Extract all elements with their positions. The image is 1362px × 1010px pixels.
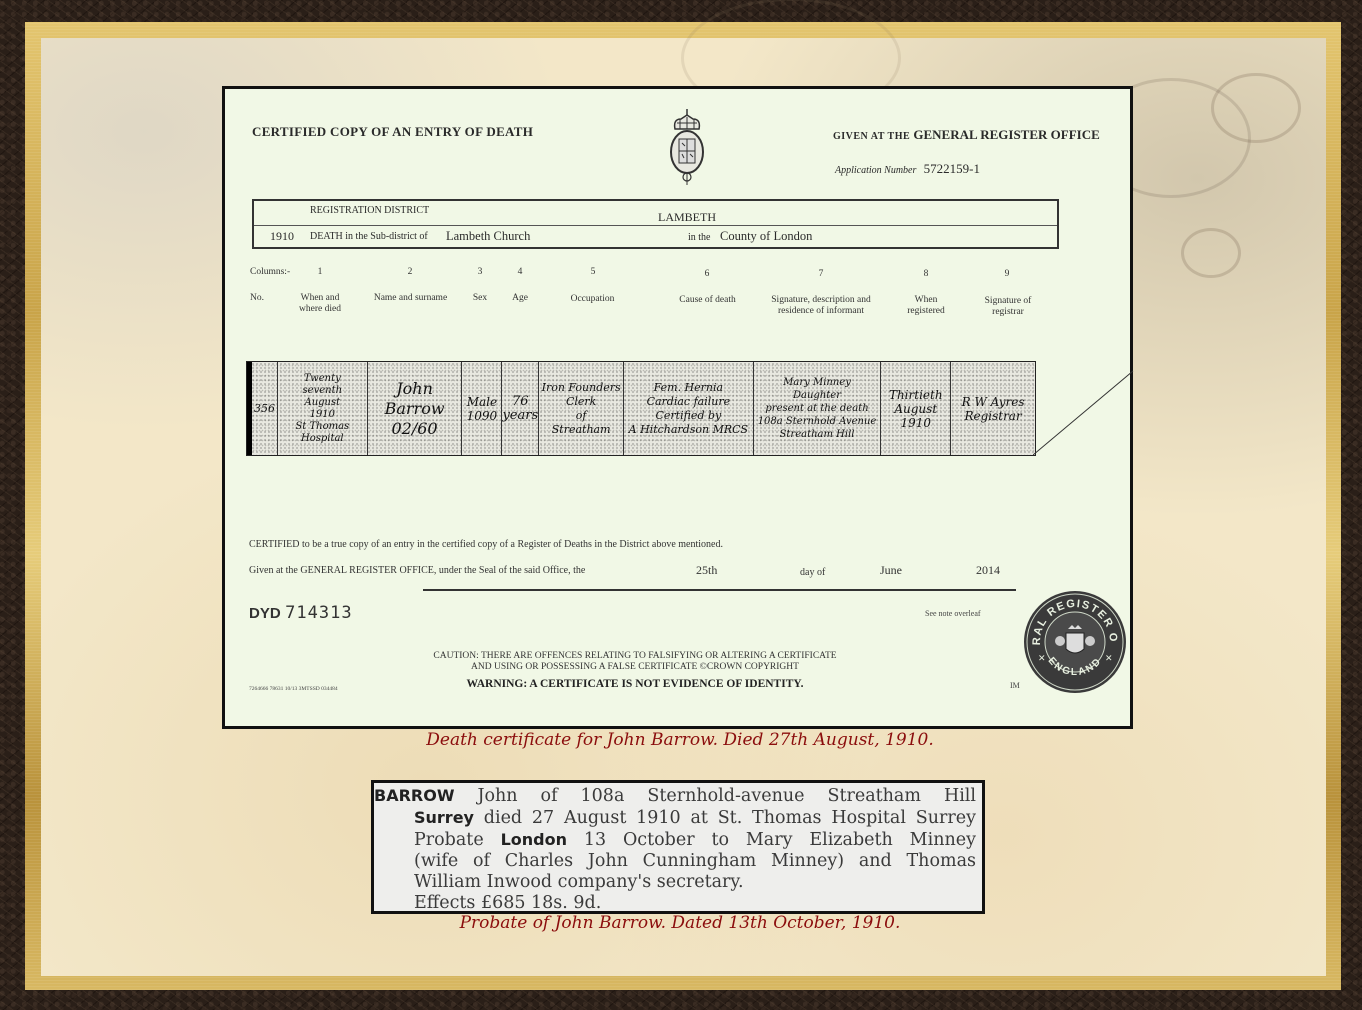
column-heading: When registered xyxy=(901,295,951,317)
divider xyxy=(254,225,1057,226)
column-number: 8 xyxy=(916,269,936,279)
column-number: 4 xyxy=(510,267,530,277)
registration-district-value: LAMBETH xyxy=(658,210,716,225)
column-heading: Age xyxy=(505,293,535,304)
column-heading: Signature of registrar xyxy=(977,296,1039,318)
entry-name: John Barrow 02/60 xyxy=(368,362,463,455)
entry-occupation: Iron Founders Clerk of Streatham xyxy=(539,362,624,455)
probate-line: (wife of Charles John Cunningham Minney)… xyxy=(374,851,976,872)
identity-warning: WARNING: A CERTIFICATE IS NOT EVIDENCE O… xyxy=(405,678,865,690)
column-heading: Cause of death xyxy=(665,295,750,306)
subdistrict-label: DEATH in the Sub-district of xyxy=(310,231,428,242)
entry-cause-of-death: Fem. Hernia Cardiac failure Certified by… xyxy=(624,362,754,455)
column-heading: No. xyxy=(250,293,264,304)
gro-heading: GIVEN AT THE GENERAL REGISTER OFFICE xyxy=(833,127,1100,143)
probate-text: 13 October to Mary Elizabeth Minney xyxy=(584,830,976,850)
probate-county: Surrey xyxy=(414,808,474,827)
column-heading: Signature, description and residence of … xyxy=(760,295,882,317)
death-entry-row: 356 Twenty seventh August 1910 St Thomas… xyxy=(246,361,1036,456)
serial-number: 714313 xyxy=(285,603,352,623)
county-value: County of London xyxy=(720,229,812,244)
column-number: 6 xyxy=(697,269,717,279)
void-diagonal-line xyxy=(1033,369,1143,457)
given-year: 2014 xyxy=(976,563,1000,578)
given-month: June xyxy=(880,563,902,578)
entry-informant: Mary Minney Daughter present at the deat… xyxy=(754,362,882,455)
subdistrict-value: Lambeth Church xyxy=(446,229,530,244)
county-label: in the xyxy=(688,232,711,243)
caution-line: CAUTION: THERE ARE OFFENCES RELATING TO … xyxy=(405,651,865,662)
application-number-value: 5722159-1 xyxy=(924,161,980,176)
application-number: Application Number 5722159-1 xyxy=(835,161,980,177)
column-number: 9 xyxy=(997,269,1017,279)
im-mark: IM xyxy=(1010,681,1020,690)
death-certificate: CERTIFIED COPY OF AN ENTRY OF DEATH GIVE… xyxy=(222,86,1133,729)
probate-line: William Inwood company's secretary. xyxy=(374,872,976,893)
see-note-overleaf: See note overleaf xyxy=(925,609,981,618)
probate-line: Surrey died 27 August 1910 at St. Thomas… xyxy=(374,807,976,829)
day-of-label: day of xyxy=(800,567,825,578)
caution-notice: CAUTION: THERE ARE OFFENCES RELATING TO … xyxy=(405,651,865,673)
decorative-swirl xyxy=(1211,73,1301,143)
probate-line: BARROW John of 108a Sternhold-avenue Str… xyxy=(374,785,976,807)
signature-line xyxy=(423,589,1016,591)
svg-text:✕: ✕ xyxy=(1038,653,1046,663)
svg-text:✕: ✕ xyxy=(1105,653,1113,663)
column-number: 2 xyxy=(400,267,420,277)
column-number: 7 xyxy=(811,269,831,279)
probate-caption: Probate of John Barrow. Dated 13th Octob… xyxy=(430,913,930,933)
caution-line: AND USING OR POSSESSING A FALSE CERTIFIC… xyxy=(405,662,865,673)
column-number: 5 xyxy=(583,267,603,277)
columns-label: Columns:- xyxy=(250,267,290,277)
column-number: 3 xyxy=(470,267,490,277)
probate-text: died 27 August 1910 at St. Thomas Hospit… xyxy=(484,808,976,828)
probate-place: London xyxy=(501,830,567,849)
print-code: 7264666 78631 10/13 3MTSSD 034484 xyxy=(249,686,338,692)
certificate-serial: DYD 714313 xyxy=(249,602,353,623)
certificate-title: CERTIFIED COPY OF AN ENTRY OF DEATH xyxy=(252,124,533,140)
probate-line: Probate London 13 October to Mary Elizab… xyxy=(374,829,976,851)
registration-district-label: REGISTRATION DISTRICT xyxy=(310,205,429,216)
registration-district-box: REGISTRATION DISTRICT LAMBETH 1910 DEATH… xyxy=(252,199,1059,249)
probate-extract: BARROW John of 108a Sternhold-avenue Str… xyxy=(371,780,985,914)
entry-when-registered: Thirtieth August 1910 xyxy=(881,362,951,455)
column-number: 1 xyxy=(310,267,330,277)
given-at-label: GIVEN AT THE xyxy=(833,131,910,142)
column-heading: When and where died xyxy=(285,293,355,315)
entry-when-where-died: Twenty seventh August 1910 St Thomas Hos… xyxy=(278,362,368,455)
probate-effects: Effects £685 18s. 9d. xyxy=(374,893,976,914)
royal-crest-icon xyxy=(667,107,707,185)
probate-surname: BARROW xyxy=(374,786,454,805)
gro-seal-icon: GENERAL REGISTER OFFICE ENGLAND ✕ ✕ xyxy=(1022,589,1128,695)
column-heading: Sex xyxy=(465,293,495,304)
entry-age: 76 years xyxy=(502,362,539,455)
entry-registrar: R W Ayres Registrar xyxy=(951,362,1035,455)
given-statement: Given at the GENERAL REGISTER OFFICE, un… xyxy=(249,565,585,576)
entry-number: 356 xyxy=(252,362,278,455)
certificate-caption: Death certificate for John Barrow. Died … xyxy=(380,730,980,750)
given-day: 25th xyxy=(696,563,717,578)
probate-text: John of 108a Sternhold-avenue Streatham … xyxy=(477,786,976,806)
given-at-office: GENERAL REGISTER OFFICE xyxy=(913,127,1099,142)
application-number-label: Application Number xyxy=(835,165,916,176)
entry-sex: Male 1090 xyxy=(462,362,502,455)
column-heading: Occupation xyxy=(555,294,630,305)
certified-statement: CERTIFIED to be a true copy of an entry … xyxy=(249,539,723,550)
serial-prefix: DYD xyxy=(249,605,281,622)
decorative-swirl xyxy=(1181,228,1241,278)
column-heading: Name and surname xyxy=(363,293,458,304)
probate-text: Probate xyxy=(414,830,484,850)
registration-year: 1910 xyxy=(270,229,294,244)
